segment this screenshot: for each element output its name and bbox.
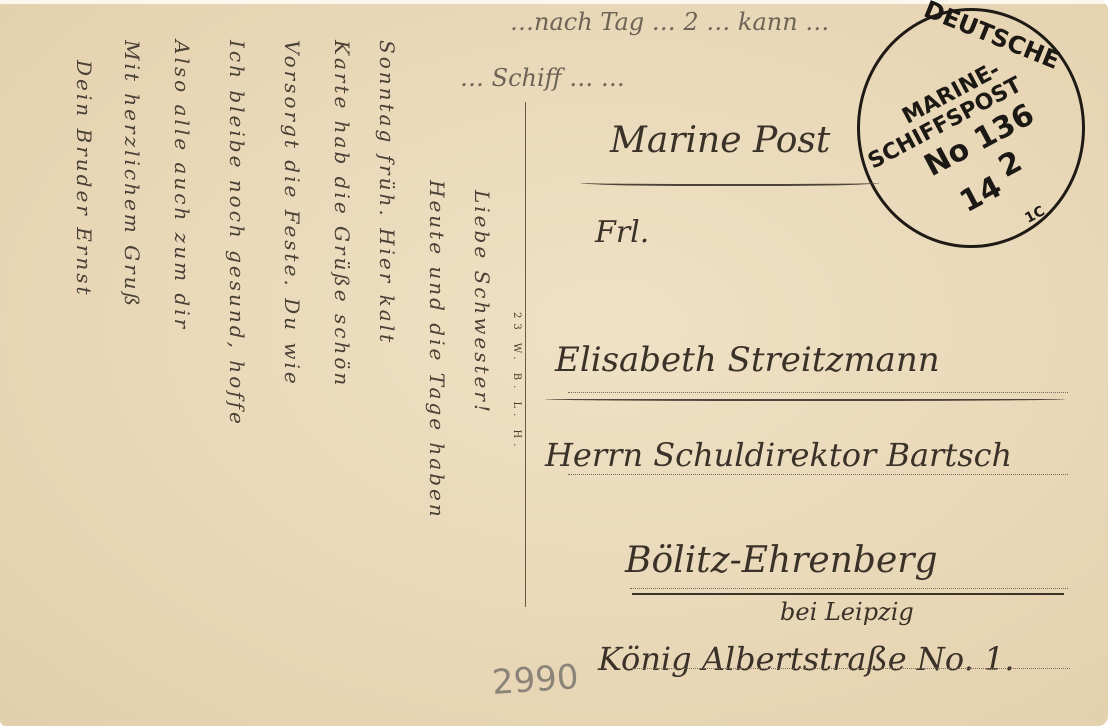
address-line-3 (630, 588, 1068, 589)
message-column-3: Sonntag früh. Hier kalt (375, 40, 399, 345)
service-line: Marine Post (610, 120, 830, 161)
header-note-line-1: …nach Tag … 2 … kann … (510, 8, 829, 36)
publisher-mark: 23 W. B. L. H. (511, 312, 522, 451)
town-line: Bölitz-Ehrenberg (625, 540, 938, 581)
message-column-5: Vorsorgt die Feste. Du wie (280, 40, 304, 387)
address-line-2 (568, 474, 1068, 475)
recipient-name: Elisabeth Streitzmann (555, 340, 940, 380)
message-column-1: Liebe Schwester! (470, 190, 494, 415)
address-line-4 (632, 668, 1070, 669)
message-column-6: Ich bleibe noch gesund, hoffe (225, 40, 249, 427)
town-underline (632, 593, 1064, 595)
message-column-7: Also alle auch zum dir (170, 40, 194, 331)
care-of-line: Herrn Schuldirektor Bartsch (545, 436, 1012, 474)
postmark-corner-mark: 1C (1022, 203, 1047, 227)
message-column-4: Karte hab die Grüße schön (330, 40, 354, 388)
postmark-day: 2 (993, 144, 1028, 185)
postmark-month: 14 (954, 169, 1007, 220)
postcard: …nach Tag … 2 … kann … … Schiff … … DEUT… (0, 0, 1108, 726)
message-column-2: Heute und die Tage haben (425, 180, 449, 520)
header-note-line-2: … Schiff … … (460, 64, 625, 92)
message-column-9: Dein Bruder Ernst (72, 60, 96, 298)
address-line-1 (568, 392, 1068, 393)
name-underline (545, 396, 1065, 401)
address-prefix: Frl. (595, 215, 649, 250)
service-underline (580, 178, 880, 186)
card-divider-line (525, 102, 526, 607)
pencil-catalog-number: 2990 (491, 657, 580, 703)
region-line: bei Leipzig (780, 598, 914, 626)
street-line: König Albertstraße No. 1. (598, 640, 1014, 678)
message-column-8: Mit herzlichem Gruß (120, 40, 144, 309)
postmark-stamp: DEUTSCHE MARINE- SCHIFFSPOST No 136 2 14… (857, 8, 1085, 248)
